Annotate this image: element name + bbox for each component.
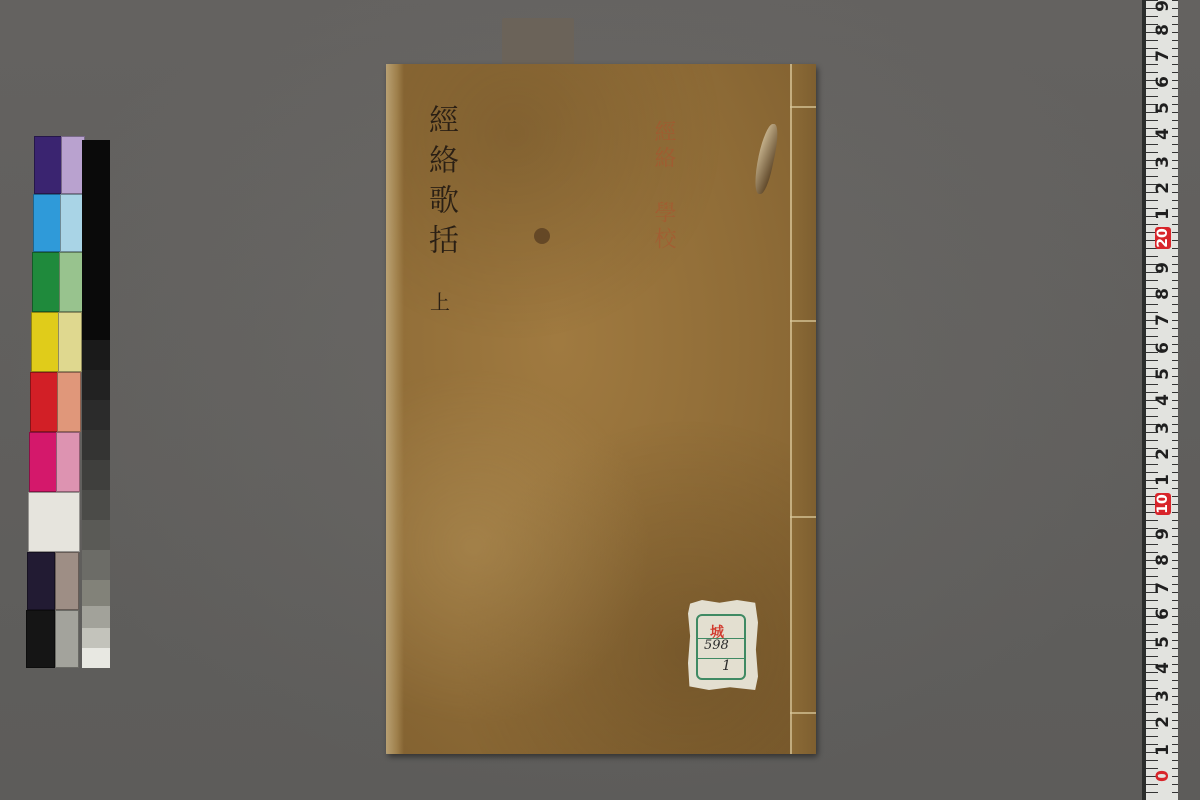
patch-violet (34, 136, 62, 194)
patch-light-yellow (58, 312, 82, 372)
grayscale-strip (82, 140, 110, 668)
faded-seal: 經絡 學校 (648, 120, 678, 253)
archive-tag (502, 18, 574, 68)
ruler-number: 8 (1153, 19, 1173, 41)
binding-thread (790, 64, 792, 754)
binding-stitch (790, 320, 816, 322)
volume-mark: 上 (430, 286, 450, 315)
patch-magenta (29, 432, 57, 492)
book-cover: 經絡歌括 上 經絡 學校 城 598 1 (386, 64, 816, 754)
ruler-number: 2 (1153, 177, 1173, 199)
label-frame: 城 598 1 (696, 614, 746, 680)
patch-white (28, 492, 80, 552)
ruler-number: 8 (1153, 283, 1173, 305)
ruler-number: 4 (1153, 389, 1173, 411)
ruler-number: 1 (1153, 469, 1173, 491)
cover-tear (751, 124, 782, 194)
measuring-tape: 9 8 7 6 5 4 3 2 1 20 9 8 7 6 5 4 3 2 1 1… (1142, 0, 1178, 800)
ruler-number: 4 (1153, 657, 1173, 679)
patch-yellow (31, 312, 59, 372)
ruler-number: 5 (1153, 363, 1173, 385)
binding-stitch (790, 712, 816, 714)
patch-green (32, 252, 60, 312)
ruler-number: 6 (1153, 71, 1173, 93)
ruler-number-highlight: 10 (1155, 493, 1171, 515)
ruler-number: 6 (1153, 603, 1173, 625)
patch-gray (55, 610, 79, 668)
ruler-number: 6 (1153, 337, 1173, 359)
binding-stitch (790, 106, 816, 108)
patch-dark-navy (27, 552, 55, 610)
label-volume: 1 (722, 658, 731, 674)
ruler-number: 2 (1153, 443, 1173, 465)
ruler-number: 7 (1153, 45, 1173, 67)
patch-cyan (33, 194, 61, 252)
label-number: 598 (704, 638, 729, 653)
spine-strip (792, 64, 816, 754)
patch-black (26, 610, 55, 668)
ruler-number: 4 (1153, 123, 1173, 145)
ruler-number: 9 (1153, 0, 1173, 17)
ruler-number: 7 (1153, 309, 1173, 331)
ruler-number-highlight: 20 (1155, 227, 1171, 249)
stain-spot (534, 228, 550, 244)
ruler-number: 3 (1153, 151, 1173, 173)
patch-red (30, 372, 58, 432)
ruler-number: 8 (1153, 549, 1173, 571)
patch-light-green (59, 252, 83, 312)
worn-left-edge (386, 64, 404, 754)
ruler-number: 3 (1153, 417, 1173, 439)
patch-salmon (57, 372, 81, 432)
ruler-number: 9 (1153, 523, 1173, 545)
color-calibration-chart (26, 136, 114, 668)
book-title: 經絡歌括 (422, 104, 462, 264)
ruler-number: 9 (1153, 257, 1173, 279)
patch-pink (56, 432, 80, 492)
ruler-number-zero: 0 (1153, 765, 1173, 787)
library-label: 城 598 1 (688, 600, 758, 690)
patch-light-cyan (60, 194, 84, 252)
ruler-number: 3 (1153, 685, 1173, 707)
ruler-number: 5 (1153, 97, 1173, 119)
patch-taupe (55, 552, 79, 610)
ruler-number: 2 (1153, 711, 1173, 733)
ruler-number: 5 (1153, 631, 1173, 653)
ruler-number: 1 (1153, 203, 1173, 225)
ruler-number: 7 (1153, 577, 1173, 599)
binding-stitch (790, 516, 816, 518)
ruler-number: 1 (1153, 739, 1173, 761)
